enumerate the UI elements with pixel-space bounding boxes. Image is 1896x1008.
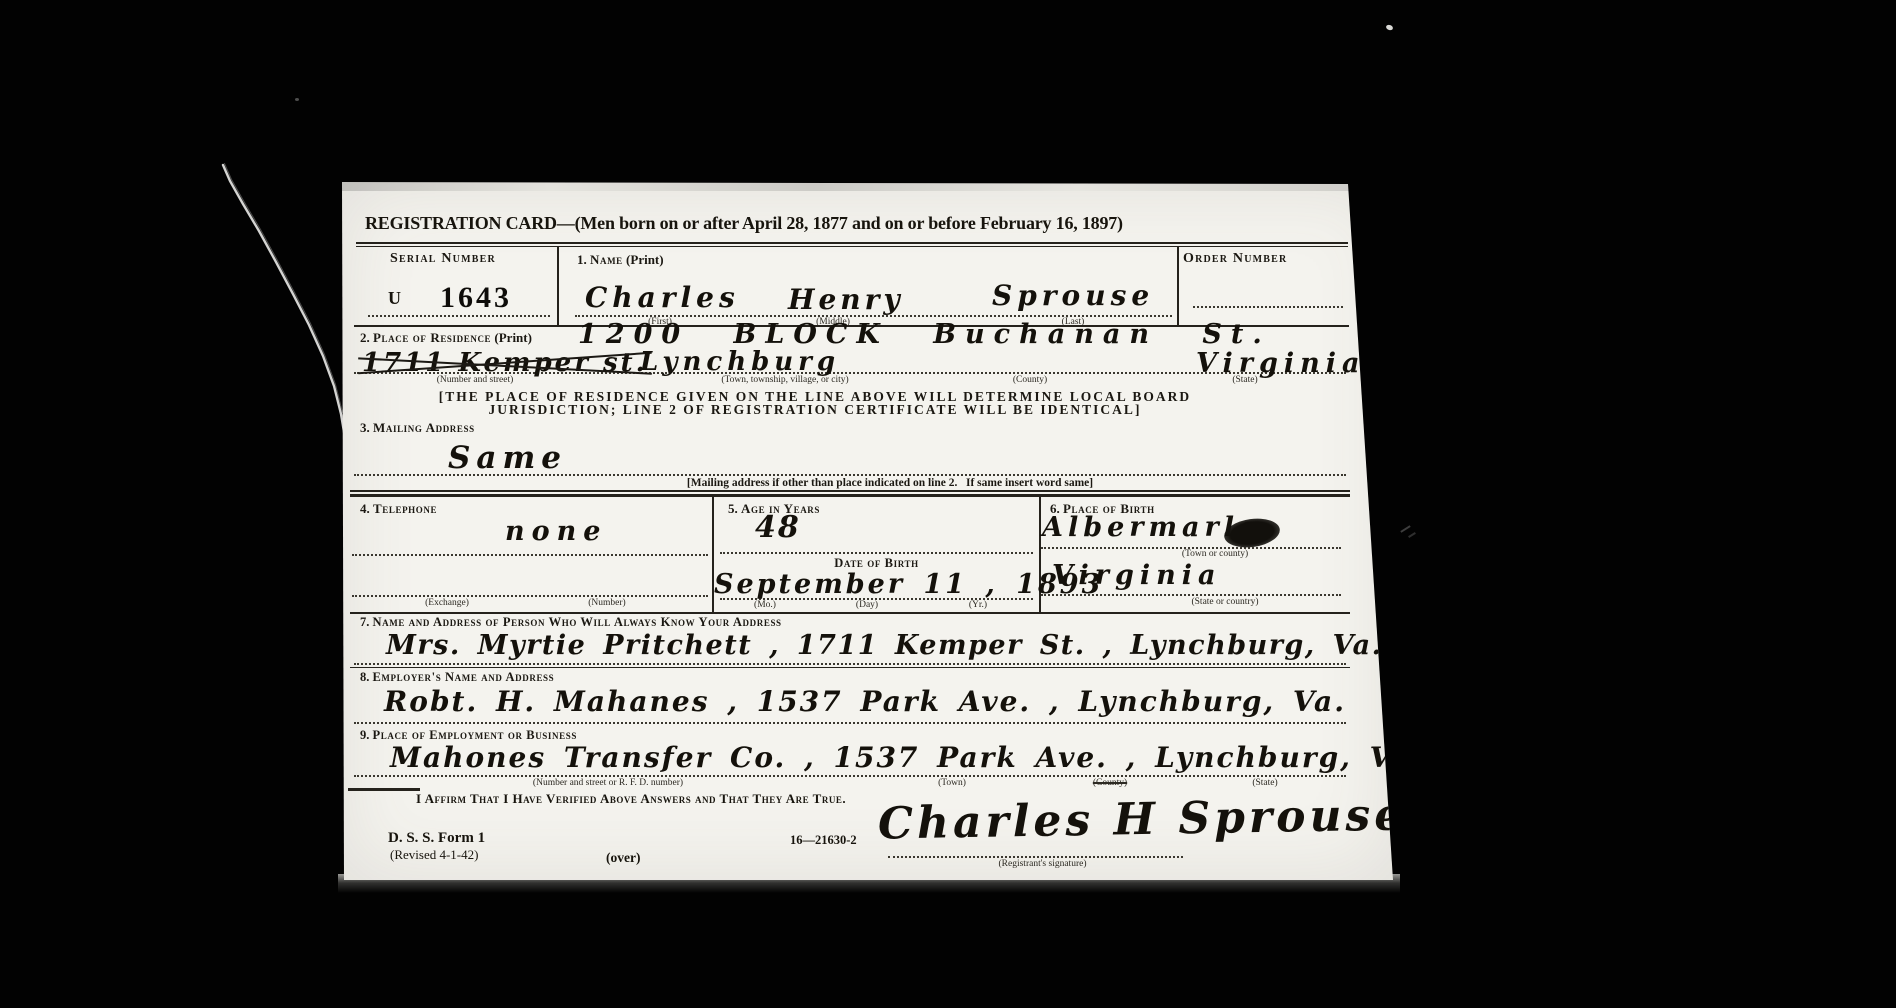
- over-note: (over): [606, 850, 640, 866]
- header-rule: [356, 246, 1348, 247]
- caption-state-or-country: (State or country): [1120, 597, 1330, 607]
- order-number-label: Order Number: [1183, 251, 1287, 267]
- employer-value: Robt. H. Mahanes , 1537 Park Ave. , Lync…: [384, 685, 1346, 718]
- caption-exchange: (Exchange): [397, 598, 497, 608]
- employer-label-word: Employer's Name and Address: [373, 670, 555, 684]
- fill-line: [354, 775, 1346, 777]
- print-code: 16—21630-2: [790, 833, 857, 848]
- residence-label: 2. Place of Residence (Print): [360, 330, 532, 346]
- caption-town-or-county: (Town or county): [1115, 549, 1315, 559]
- residence-city-value: Lynchburg: [640, 347, 840, 377]
- fill-line: [352, 554, 708, 556]
- dust-speck: [295, 98, 299, 101]
- birthplace-state-value: Virginia: [1052, 560, 1221, 591]
- fill-line: [352, 595, 708, 597]
- name-label: 1. Name (Print): [577, 252, 664, 268]
- caption-day: (Day): [817, 600, 917, 610]
- fill-line: [354, 722, 1346, 724]
- contact-value: Mrs. Myrtie Pritchett , 1711 Kemper St. …: [386, 630, 1382, 661]
- row-divider: [350, 667, 1350, 668]
- mailing-label-num: 3.: [360, 420, 370, 435]
- age-label-num: 5.: [728, 501, 738, 516]
- caption-registrant-signature: (Registrant's signature): [935, 859, 1150, 869]
- header-rule: [356, 242, 1348, 244]
- employment-label-word: Place of Employment or Business: [373, 728, 577, 742]
- short-rule: [348, 788, 420, 791]
- residence-state-value: Virginia: [1196, 348, 1365, 379]
- residence-street-value: 1200 BLOCK Buchanan St.: [578, 319, 1271, 350]
- telephone-value: none: [505, 516, 607, 547]
- fill-line: [720, 552, 1033, 554]
- caption-county-struck: (County): [1060, 778, 1160, 788]
- caption-county: (County): [980, 375, 1080, 385]
- registrant-first-name: Charles: [585, 281, 740, 314]
- name-label-paren: (Print): [626, 252, 664, 267]
- fill-line: [354, 663, 1346, 665]
- column-divider: [557, 246, 559, 325]
- residence-label-num: 2.: [360, 330, 370, 345]
- registrant-middle-name: Henry: [788, 283, 904, 316]
- scan-background: REGISTRATION CARD—(Men born on or after …: [0, 0, 1896, 1008]
- caption-number: (Number): [557, 598, 657, 608]
- card-title: REGISTRATION CARD—(Men born on or after …: [365, 213, 1123, 234]
- residence-label-paren: (Print): [494, 330, 532, 345]
- registrant-last-name: Sprouse: [992, 279, 1154, 312]
- residence-crossed-out-value: 1711 Kemper st.: [362, 348, 648, 378]
- caption-town: (Town): [902, 778, 1002, 788]
- row-divider: [350, 612, 1350, 614]
- form-revision: (Revised 4-1-42): [390, 847, 478, 863]
- fill-line: [368, 315, 550, 317]
- column-divider: [1177, 246, 1179, 325]
- mailing-note: [Mailing address if other than place ind…: [580, 477, 1200, 489]
- telephone-label: 4. Telephone: [360, 501, 437, 517]
- section-rule: [350, 490, 1350, 492]
- serial-prefix: U: [388, 288, 401, 309]
- contact-label-num: 7.: [360, 615, 369, 629]
- fill-line: [1193, 306, 1343, 308]
- caption-year: (Yr.): [928, 600, 1028, 610]
- employment-label-num: 9.: [360, 728, 369, 742]
- affirmation-text: I Affirm That I Have Verified Above Answ…: [416, 791, 846, 807]
- fill-line: [1041, 547, 1341, 549]
- caption-state: (State): [1215, 778, 1315, 788]
- mailing-address-value: Same: [448, 440, 567, 476]
- contact-label: 7. Name and Address of Person Who Will A…: [360, 615, 782, 630]
- residence-note-line2: JURISDICTION; LINE 2 OF REGISTRATION CER…: [340, 402, 1290, 418]
- date-of-birth-value: September 11 , 1893: [714, 569, 1103, 600]
- residence-label-word: Place of Residence: [373, 330, 491, 345]
- age-value: 48: [755, 510, 801, 545]
- registrant-signature: Charles H Sprouse: [878, 789, 1407, 849]
- fill-line: [888, 856, 1183, 858]
- mailing-label: 3. Mailing Address: [360, 420, 475, 436]
- telephone-label-word: Telephone: [373, 501, 437, 516]
- employment-value: Mahones Transfer Co. , 1537 Park Ave. , …: [390, 741, 1423, 774]
- caption-month: (Mo.): [715, 600, 815, 610]
- serial-number-label: Serial Number: [390, 251, 496, 267]
- employer-label: 8. Employer's Name and Address: [360, 670, 554, 685]
- section-rule: [350, 494, 1350, 497]
- crossed-text-wrap: 1711 Kemper st.: [362, 348, 648, 378]
- telephone-label-num: 4.: [360, 501, 370, 516]
- caption-street-rfd: (Number and street or R. F. D. number): [488, 778, 728, 788]
- employer-label-num: 8.: [360, 670, 369, 684]
- name-label-num: 1.: [577, 252, 587, 267]
- mailing-label-word: Mailing Address: [373, 420, 475, 435]
- registration-card: REGISTRATION CARD—(Men born on or after …: [340, 182, 1393, 880]
- name-label-word: Name: [590, 252, 623, 267]
- contact-label-word: Name and Address of Person Who Will Alwa…: [373, 615, 782, 629]
- serial-number-value: 1643: [440, 281, 512, 315]
- form-number: D. S. S. Form 1: [388, 830, 485, 847]
